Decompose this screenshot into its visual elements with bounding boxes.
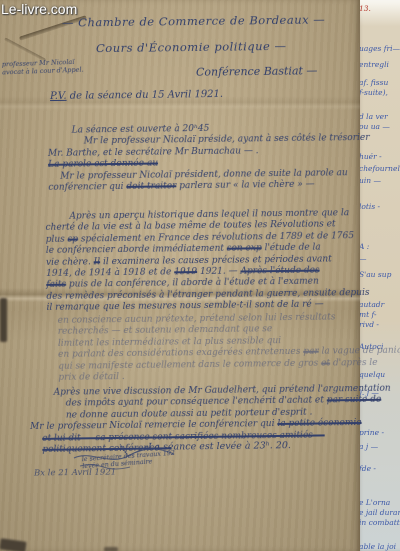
text-segment: faits [46,280,66,290]
side-text-line: in combattre [359,518,400,528]
text-segment: sp [68,234,79,244]
manuscript-photo: 13.uages fri—entregliaf. fissuf-suite),d… [0,0,400,551]
text-segment: vie chère. [46,257,94,268]
side-text-line: able la joi [359,542,400,551]
manuscript-sheet: — Chambre de Commerce de Bordeaux — Cour… [0,0,360,551]
side-text-line: chefournel [359,164,400,174]
side-text-line: f-suite), [359,88,400,98]
text-segment: 1919 [174,267,197,277]
text-segment: La parole est donnée au [48,159,158,170]
side-text-line: A : [359,242,400,252]
side-text-line: — [359,254,400,264]
text-segment: la vague de panique [319,346,400,357]
text-segment: parlera sur « la vie chère » — [176,180,314,192]
side-text-line: lotis - [359,202,400,212]
pv-heading: P.V. de la séance du 15 Avril 1921. [50,89,223,103]
paragraph-opening: La séance est ouverte à 20ʰ45Mr le profe… [48,122,349,194]
side-text-line: uages fri— [359,44,400,54]
paragraph-expose: Après un aperçu historique dans lequel i… [45,208,356,314]
text-segment: la petite économie [277,418,361,429]
professor-note-line: avocat à la cour d'Appel. [2,66,84,76]
conference-title: Conférence Bastiat — [196,65,318,78]
text-segment: P.V. [50,91,67,102]
side-text-line: e L'orna [359,498,400,508]
text-line: conférencier qui doit traiter parlera su… [48,179,348,194]
text-segment: 1914, de 1914 à 1918 et de [46,267,174,279]
side-text-fragments: 13.uages fri—entregliaf. fissuf-suite),d… [359,0,400,551]
text-segment: par [303,347,319,357]
side-text-line: rivd - [359,320,400,330]
edge-shadow [0,538,27,551]
watermark-lelivre: Le-livre.com [1,1,77,17]
text-segment: qui se manifeste actuellement dans le co… [58,358,321,371]
side-text-line: S'au sup [359,270,400,280]
doc-title-line1: — Chambre de Commerce de Bordeaux — [62,14,325,29]
text-segment: Après l'étude des [240,266,319,277]
text-segment: par suite de [327,395,382,406]
side-text-line: uin — [359,176,400,186]
side-text-line: autadr [359,300,400,310]
edge-shadow [0,298,7,342]
side-text-line: prine - [359,428,400,438]
text-segment: conférencier qui [48,182,126,193]
text-segment: l'étude de la [262,243,321,254]
side-text-line: d la ver [359,112,400,122]
side-text-line: huér - [359,152,400,162]
text-line: prix de détail . [58,369,358,384]
professor-note: professeur Mr Nicolaïavocat à la cour d'… [2,59,84,77]
text-segment: plus [46,234,68,244]
side-text-line: 13. [359,4,400,14]
text-segment: d'après le [330,358,378,369]
side-text-line: mt f- [359,310,400,320]
doc-title-line2: Cours d'Économie politique — [96,41,287,55]
side-text-line: fde - [359,464,400,474]
side-text-line: quelqu [359,370,400,380]
edge-shadow [104,547,118,551]
crease-shadow [4,37,46,61]
second-sheet-edge: 13.uages fri—entregliaf. fissuf-suite),d… [356,0,400,551]
text-segment: et [321,358,330,368]
text-segment: doit traiter [126,181,176,192]
pv-heading-line: P.V. de la séance du 15 Avril 1921. [50,89,223,103]
side-text-line: e jail durant [359,508,400,518]
text-segment: son exp [227,243,262,253]
side-text-line: af. fissu [359,78,400,88]
paragraph-remedes: en conscience aucun prétexte, prétend se… [58,312,359,384]
text-segment: de la séance du 15 Avril 1921. [66,89,223,102]
side-text-line: entregli [359,60,400,70]
side-text-line: a j — [359,442,400,452]
side-text-line: ou ua — [359,122,400,132]
date-line: Bx le 21 Avril 1921 [34,467,116,479]
text-segment: 1921. — [197,267,240,278]
text-segment: le conférencier aborde immédiatement [46,244,227,256]
